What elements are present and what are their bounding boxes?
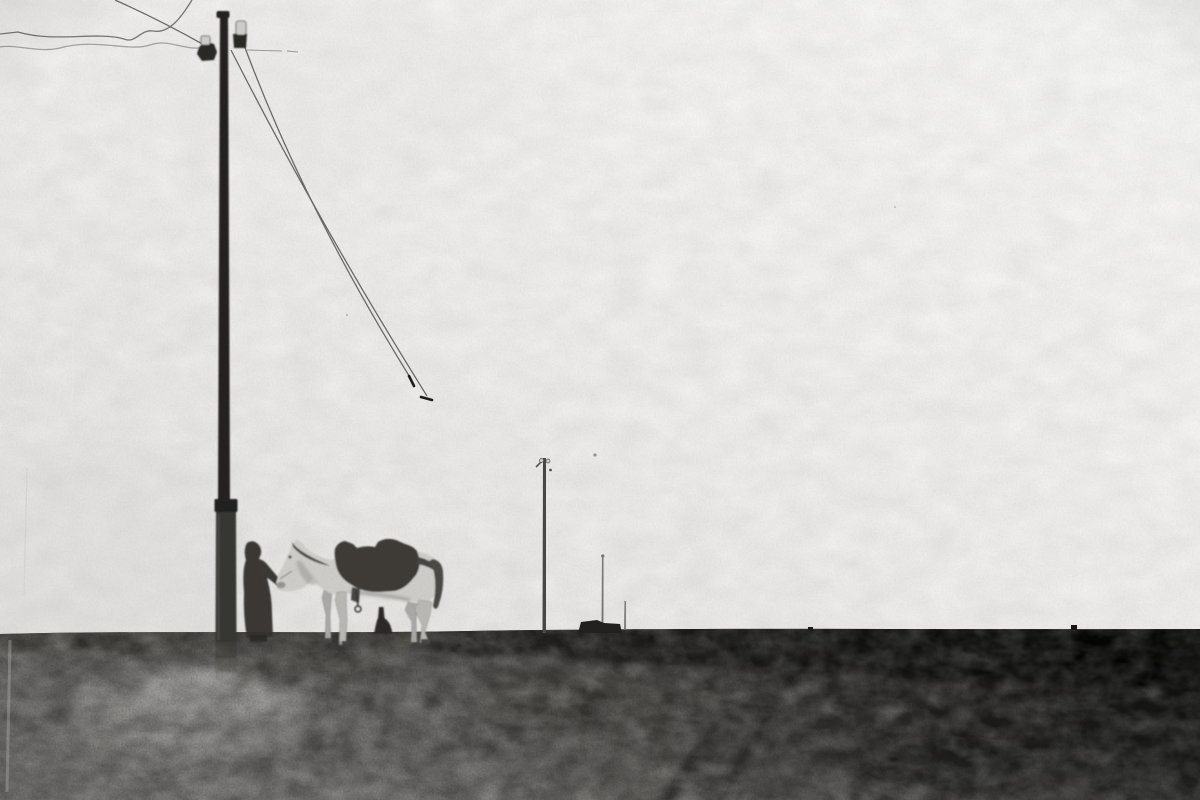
vignette [0,0,1200,800]
photograph [0,0,1200,800]
photo-canvas [0,0,1200,800]
